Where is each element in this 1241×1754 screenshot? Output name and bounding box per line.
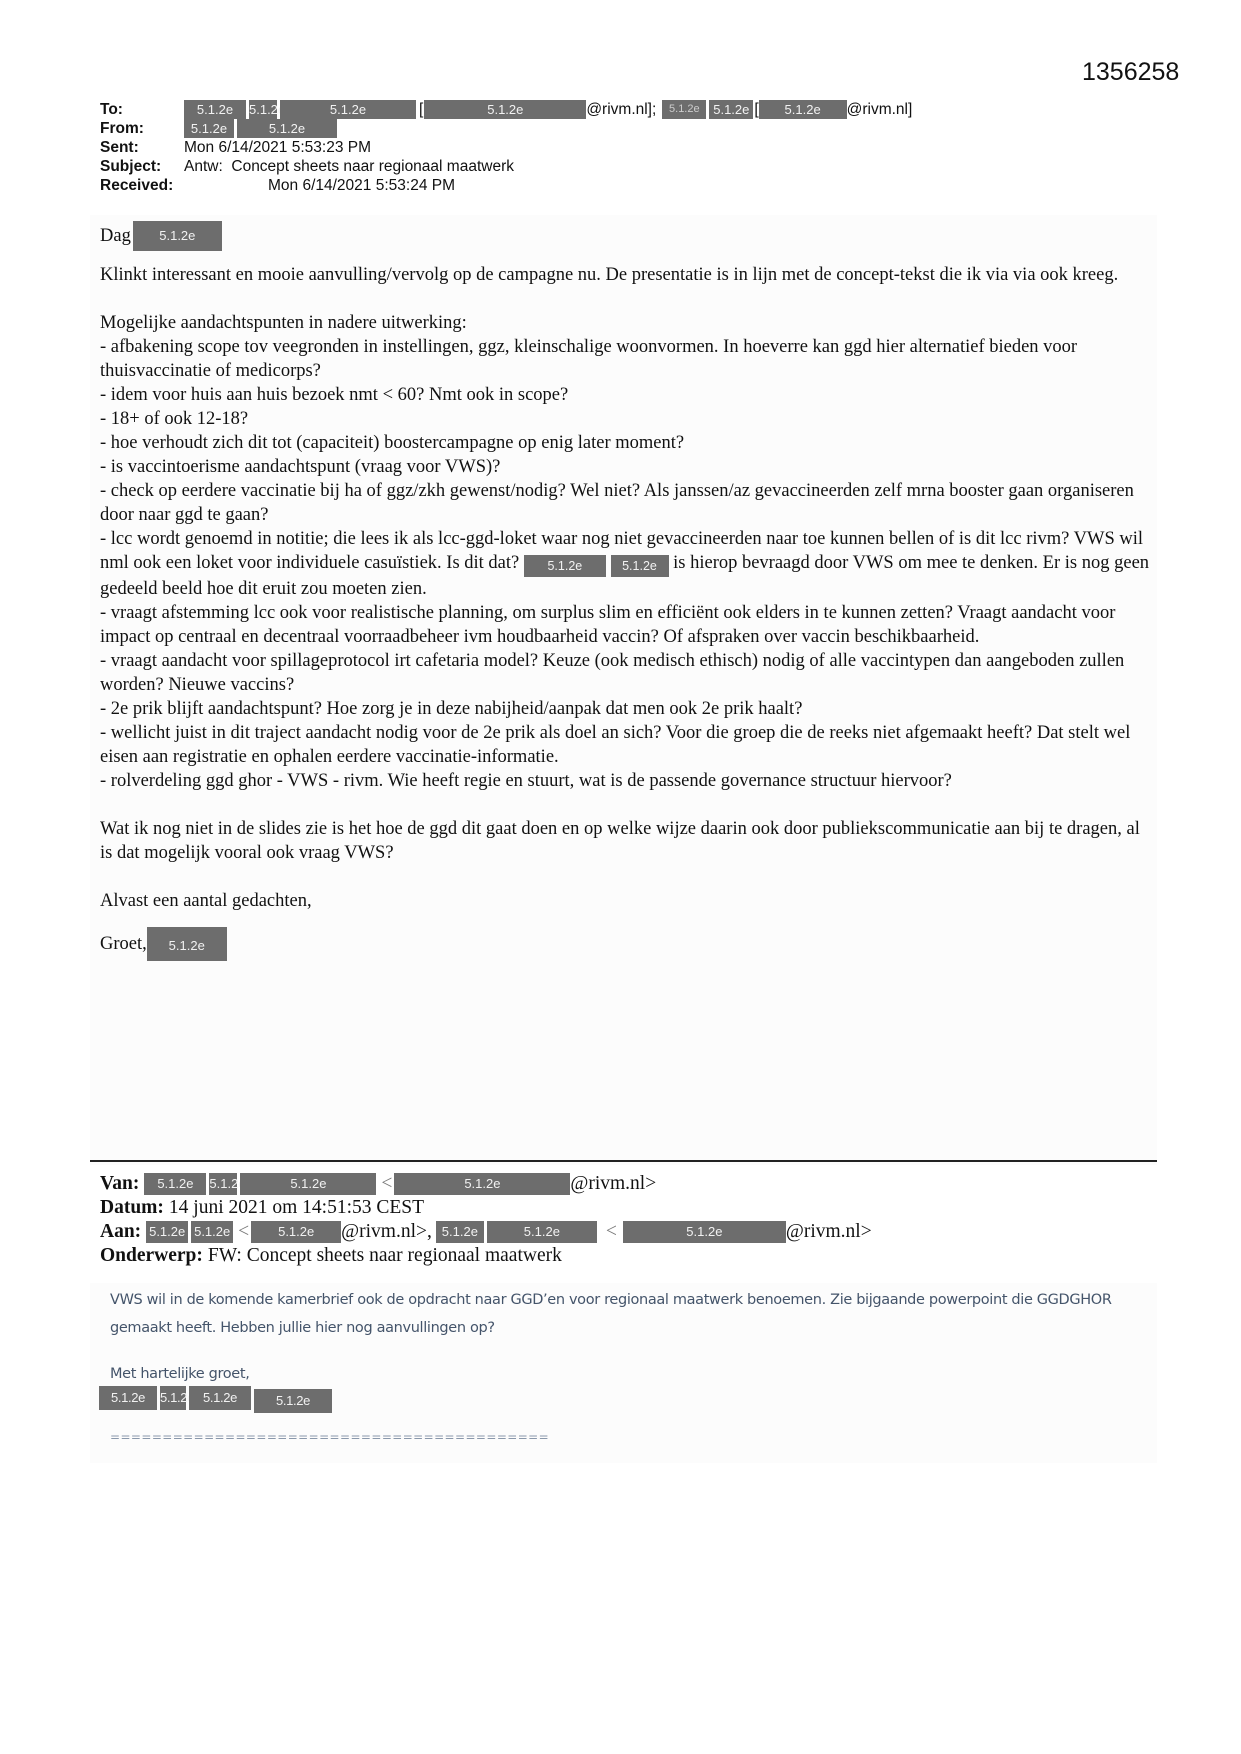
points-heading: Mogelijke aandachtspunten in nadere uitw… [100,311,1150,335]
redaction: 5.1.2e [99,1386,157,1410]
to-bracket: [ [419,100,423,119]
redaction: 5.1.2e [394,1173,570,1195]
onderwerp-row: Onderwerp: FW: Concept sheets naar regio… [100,1244,872,1268]
signoff-line: Groet, 5.1.2e [100,927,1150,961]
redaction: 5.1.2e [184,100,246,119]
datum-label: Datum: [100,1196,164,1220]
datum-row: Datum: 14 juni 2021 om 14:51:53 CEST [100,1196,872,1220]
subject-label: Subject: [100,157,184,176]
datum-value: 14 juni 2021 om 14:51:53 CEST [169,1196,424,1220]
list-item: - hoe verhoudt zich dit tot (capaciteit)… [100,431,1150,455]
redaction: 5.1.2e [237,119,337,138]
redaction: 5.1.2e [623,1221,786,1243]
redaction: 5.1.2e [184,119,234,138]
sent-value: Mon 6/14/2021 5:53:23 PM [184,138,371,157]
from-row: From: 5.1.2e 5.1.2e [100,119,912,138]
to-domain: @rivm.nl]; [586,100,656,119]
thoughts-line: Alvast een aantal gedachten, [100,889,1150,913]
van-domain: @rivm.nl> [570,1172,656,1196]
redaction: 5.1.2e [147,927,227,961]
forwarded-message: VWS wil in de komende kamerbrief ook de … [110,1286,1150,1342]
redaction: 5.1.2e [662,100,706,119]
to-label: To: [100,100,184,119]
van-row: Van: 5.1.2e 5.1.2e 5.1.2e < 5.1.2e @rivm… [100,1172,872,1196]
signoff: Groet, [100,932,147,956]
redaction: 5.1.2e [254,1389,332,1413]
redaction: 5.1.2e [160,1386,186,1410]
received-value: Mon 6/14/2021 5:53:24 PM [184,176,455,195]
reply-body: Dag 5.1.2e Klinkt interessant en mooie a… [90,215,1157,1165]
aan-domain: @rivm.nl> [786,1220,872,1244]
redaction: 5.1.2e [611,555,669,577]
subject-value: Antw: Concept sheets naar regionaal maat… [184,157,514,176]
redaction: 5.1.2e [280,100,416,119]
signature: 5.1.2e 5.1.2e 5.1.2e 5.1.2e [99,1386,1150,1413]
aan-label: Aan: [100,1220,141,1244]
closing-paragraph: Wat ik nog niet in de slides zie is het … [100,817,1150,865]
redaction: 5.1.2e [191,1221,233,1243]
separator-line: ========================================… [110,1427,1150,1447]
document-number: 1356258 [1082,58,1179,87]
redaction: 5.1.2e [251,1221,341,1243]
greeting: Dag [100,224,131,248]
list-item: - 2e prik blijft aandachtspunt? Hoe zorg… [100,697,1150,721]
onderwerp-value: FW: Concept sheets naar regionaal maatwe… [208,1244,562,1268]
received-label: Received: [100,176,184,195]
forwarded-header: Van: 5.1.2e 5.1.2e 5.1.2e < 5.1.2e @rivm… [100,1172,872,1268]
intro-paragraph: Klinkt interessant en mooie aanvulling/v… [100,263,1150,287]
list-item: - wellicht juist in dit traject aandacht… [100,721,1150,769]
email-header: To: 5.1.2e 5.1.2e 5.1.2e [ 5.1.2e @rivm.… [100,100,912,195]
aan-domain: @rivm.nl>, [341,1220,432,1244]
to-row: To: 5.1.2e 5.1.2e 5.1.2e [ 5.1.2e @rivm.… [100,100,912,119]
divider [90,1160,1157,1162]
list-item: - vraagt aandacht voor spillageprotocol … [100,649,1150,697]
subject-row: Subject: Antw: Concept sheets naar regio… [100,157,912,176]
redaction: 5.1.2e [436,1221,484,1243]
redaction: 5.1.2e [209,1173,237,1195]
list-item: - afbakening scope tov veegronden in ins… [100,335,1150,383]
list-item: - rolverdeling ggd ghor - VWS - rivm. Wi… [100,769,1150,793]
redaction: 5.1.2e [249,100,277,119]
redaction: 5.1.2e [759,100,847,119]
redaction: 5.1.2e [487,1221,597,1243]
received-row: Received: Mon 6/14/2021 5:53:24 PM [100,176,912,195]
list-item: - is vaccintoerisme aandachtspunt (vraag… [100,455,1150,479]
redaction: 5.1.2e [133,221,222,251]
forwarded-greeting: Met hartelijke groet, [110,1360,1150,1388]
greeting-line: Dag 5.1.2e [100,221,1150,251]
redaction: 5.1.2e [189,1386,251,1410]
van-label: Van: [100,1172,139,1196]
list-item: - vraagt afstemming lcc ook voor realist… [100,601,1150,649]
redaction: 5.1.2e [144,1173,206,1195]
from-label: From: [100,119,184,138]
sent-row: Sent: Mon 6/14/2021 5:53:23 PM [100,138,912,157]
sent-label: Sent: [100,138,184,157]
redaction: 5.1.2e [240,1173,376,1195]
redaction: 5.1.2e [424,100,586,119]
list-item: - 18+ of ook 12-18? [100,407,1150,431]
redaction: 5.1.2e [709,100,753,119]
redaction: 5.1.2e [146,1221,188,1243]
redaction: 5.1.2e [524,555,606,577]
list-item: - check op eerdere vaccinatie bij ha of … [100,479,1150,527]
aan-row: Aan: 5.1.2e 5.1.2e < 5.1.2e @rivm.nl>, 5… [100,1220,872,1244]
forwarded-body: VWS wil in de komende kamerbrief ook de … [90,1283,1157,1463]
onderwerp-label: Onderwerp: [100,1244,203,1268]
list-item: - idem voor huis aan huis bezoek nmt < 6… [100,383,1150,407]
to-domain: @rivm.nl] [847,100,913,119]
list-item: - lcc wordt genoemd in notitie; die lees… [100,527,1150,601]
